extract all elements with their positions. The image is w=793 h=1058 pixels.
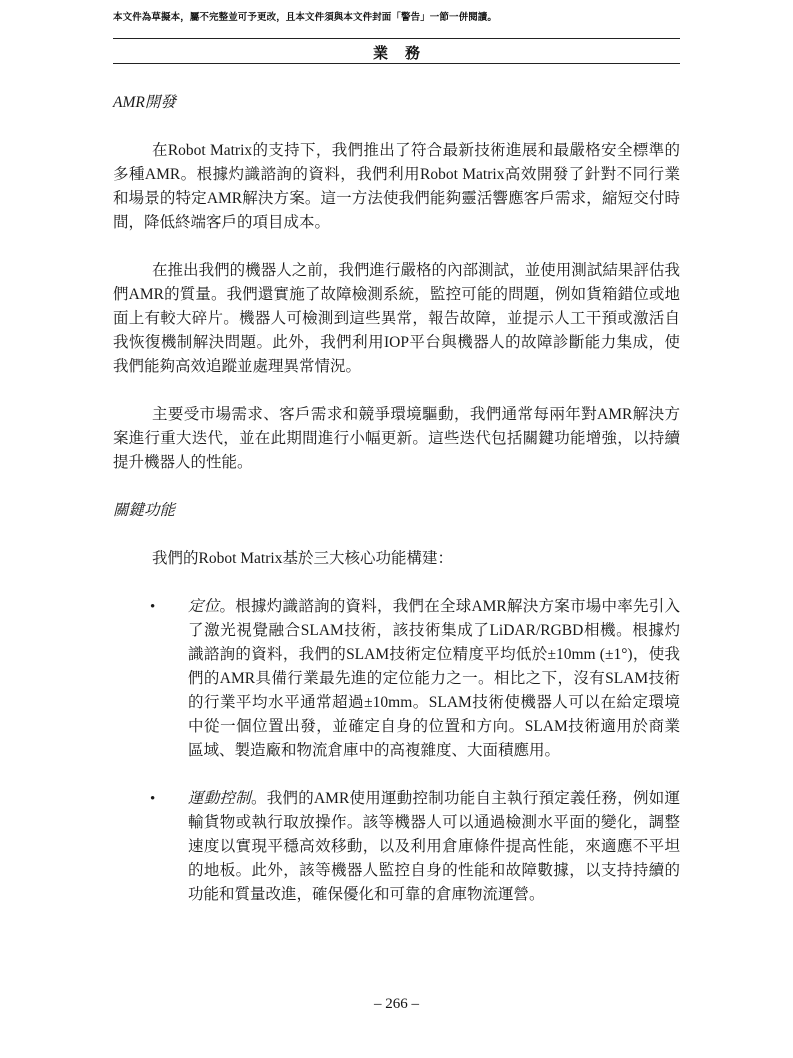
header-rule-bottom — [113, 63, 680, 64]
draft-notice: 本文件為草擬本，屬不完整並可予更改，且本文件須與本文件封面「警告」一節一併閱讀。 — [113, 9, 497, 23]
section-title: 業務 — [113, 42, 680, 63]
paragraph-intro: 我們的Robot Matrix基於三大核心功能構建： — [113, 547, 680, 571]
page-number: – 266 – — [0, 996, 793, 1013]
bullet-title: 運動控制 — [188, 790, 251, 807]
bullet-icon: • — [150, 787, 155, 811]
paragraph: 在Robot Matrix的支持下，我們推出了符合最新技術進展和最嚴格安全標準的… — [113, 139, 680, 235]
list-item-motion-control: • 運動控制。我們的AMR使用運動控制功能自主執行預定義任務，例如運輸貨物或執行… — [113, 787, 680, 907]
list-item-positioning: • 定位。根據灼識諮詢的資料，我們在全球AMR解決方案市場中率先引入了激光視覺融… — [113, 595, 680, 763]
subheading-amr-development: AMR開發 — [113, 91, 680, 115]
bullet-text: 。我們的AMR使用運動控制功能自主執行預定義任務，例如運輸貨物或執行取放操作。該… — [188, 790, 680, 903]
bullet-text: 。根據灼識諮詢的資料，我們在全球AMR解決方案市場中率先引入了激光視覺融合SLA… — [188, 598, 680, 759]
bullet-icon: • — [150, 595, 155, 619]
subheading-key-features: 關鍵功能 — [113, 499, 680, 523]
paragraph: 主要受市場需求、客戶需求和競爭環境驅動，我們通常每兩年對AMR解決方案進行重大迭… — [113, 403, 680, 475]
document-body: AMR開發 在Robot Matrix的支持下，我們推出了符合最新技術進展和最嚴… — [113, 91, 680, 907]
bullet-title: 定位 — [188, 598, 220, 615]
paragraph: 在推出我們的機器人之前，我們進行嚴格的內部測試，並使用測試結果評估我們AMR的質… — [113, 259, 680, 379]
feature-list: • 定位。根據灼識諮詢的資料，我們在全球AMR解決方案市場中率先引入了激光視覺融… — [113, 595, 680, 907]
header-rule-top — [113, 38, 680, 39]
